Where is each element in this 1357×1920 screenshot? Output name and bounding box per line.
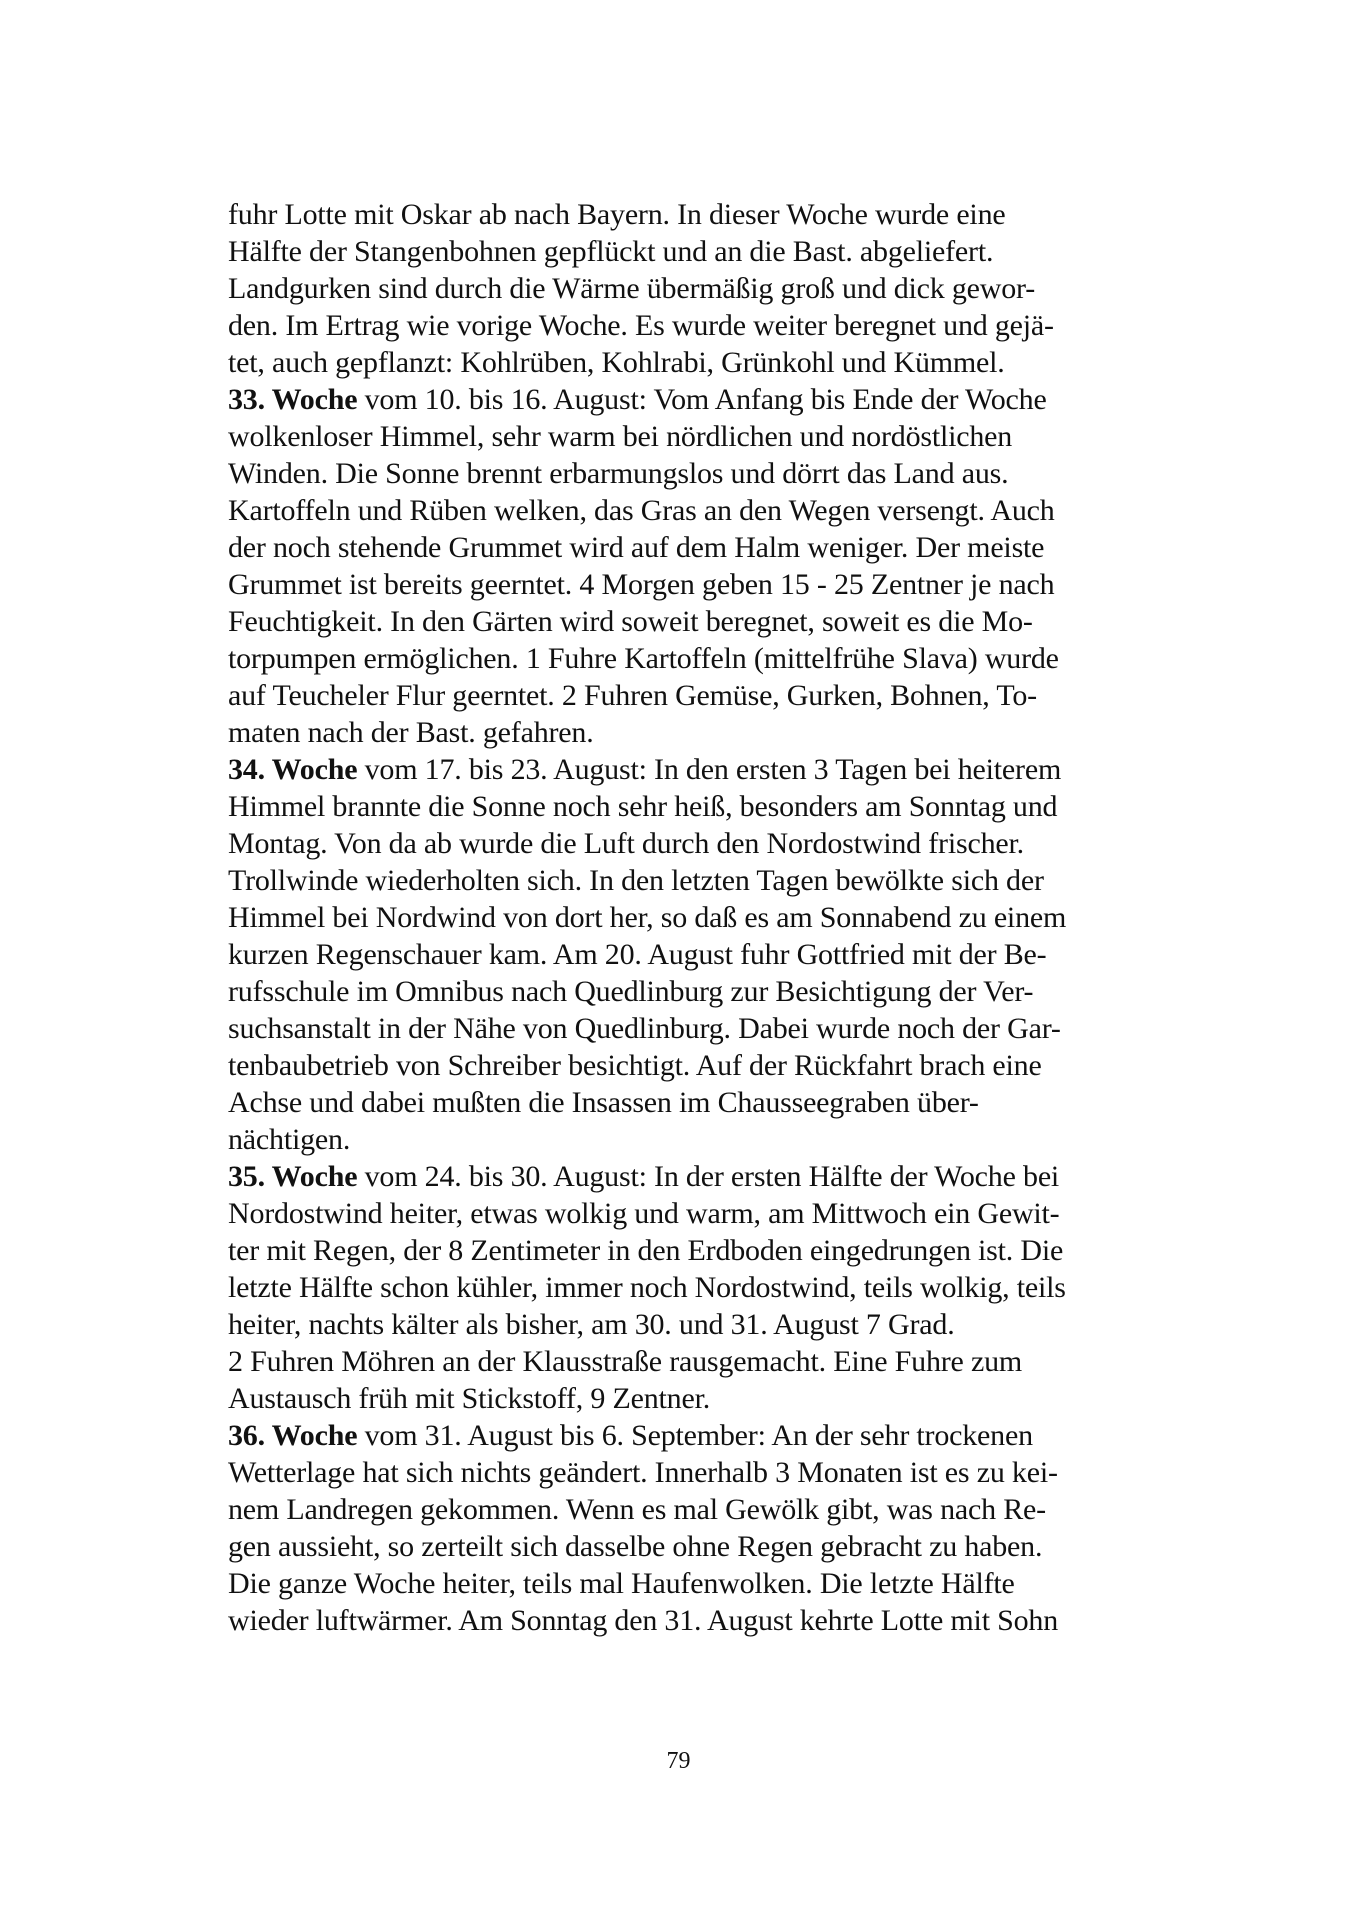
- line-text: Achse und dabei mußten die Insassen im C…: [228, 1086, 979, 1119]
- text-line: der noch stehende Grummet wird auf dem H…: [228, 529, 1136, 566]
- week-label: 36. Woche: [228, 1419, 357, 1452]
- line-text: Kartoffeln und Rüben welken, das Gras an…: [228, 494, 1055, 527]
- text-line: nem Landregen gekommen. Wenn es mal Gewö…: [228, 1491, 1136, 1528]
- line-text: Hälfte der Stangenbohnen gepflückt und a…: [228, 235, 993, 268]
- text-line: Trollwinde wiederholten sich. In den let…: [228, 862, 1136, 899]
- text-line: wieder luftwärmer. Am Sonntag den 31. Au…: [228, 1602, 1136, 1639]
- line-text: 2 Fuhren Möhren an der Klausstraße rausg…: [228, 1345, 1022, 1378]
- text-line: Landgurken sind durch die Wärme übermäßi…: [228, 270, 1136, 307]
- text-line: Montag. Von da ab wurde die Luft durch d…: [228, 825, 1136, 862]
- week-label: 35. Woche: [228, 1160, 357, 1193]
- text-line: Himmel brannte die Sonne noch sehr heiß,…: [228, 788, 1136, 825]
- text-line: Austausch früh mit Stickstoff, 9 Zentner…: [228, 1380, 1136, 1417]
- line-text: Wetterlage hat sich nichts geändert. Inn…: [228, 1456, 1058, 1489]
- text-line: tet, auch gepflanzt: Kohlrüben, Kohlrabi…: [228, 344, 1136, 381]
- week-label: 33. Woche: [228, 383, 357, 416]
- text-line: kurzen Regenschauer kam. Am 20. August f…: [228, 936, 1136, 973]
- line-text: den. Im Ertrag wie vorige Woche. Es wurd…: [228, 309, 1054, 342]
- line-text: nem Landregen gekommen. Wenn es mal Gewö…: [228, 1493, 1046, 1526]
- line-text: tenbaubetrieb von Schreiber besichtigt. …: [228, 1049, 1042, 1082]
- line-text: heiter, nachts kälter als bisher, am 30.…: [228, 1308, 955, 1341]
- text-line: Die ganze Woche heiter, teils mal Haufen…: [228, 1565, 1136, 1602]
- text-line: letzte Hälfte schon kühler, immer noch N…: [228, 1269, 1136, 1306]
- line-text: gen aussieht, so zerteilt sich dasselbe …: [228, 1530, 1042, 1563]
- line-text: vom 17. bis 23. August: In den ersten 3 …: [357, 753, 1061, 786]
- text-line: Himmel bei Nordwind von dort her, so daß…: [228, 899, 1136, 936]
- text-line: den. Im Ertrag wie vorige Woche. Es wurd…: [228, 307, 1136, 344]
- line-text: maten nach der Bast. gefahren.: [228, 716, 594, 749]
- week-heading-line: 33. Woche vom 10. bis 16. August: Vom An…: [228, 381, 1136, 418]
- line-text: vom 31. August bis 6. September: An der …: [357, 1419, 1033, 1452]
- line-text: Trollwinde wiederholten sich. In den let…: [228, 864, 1044, 897]
- line-text: Himmel brannte die Sonne noch sehr heiß,…: [228, 790, 1057, 823]
- line-text: letzte Hälfte schon kühler, immer noch N…: [228, 1271, 1066, 1304]
- week-label: 34. Woche: [228, 753, 357, 786]
- text-line: ter mit Regen, der 8 Zentimeter in den E…: [228, 1232, 1136, 1269]
- line-text: suchsanstalt in der Nähe von Quedlinburg…: [228, 1012, 1061, 1045]
- text-line: wolkenloser Himmel, sehr warm bei nördli…: [228, 418, 1136, 455]
- text-line: Nordostwind heiter, etwas wolkig und war…: [228, 1195, 1136, 1232]
- week-heading-line: 35. Woche vom 24. bis 30. August: In der…: [228, 1158, 1136, 1195]
- text-line: rufsschule im Omnibus nach Quedlinburg z…: [228, 973, 1136, 1010]
- line-text: tet, auch gepflanzt: Kohlrüben, Kohlrabi…: [228, 346, 1005, 379]
- line-text: vom 24. bis 30. August: In der ersten Hä…: [357, 1160, 1059, 1193]
- text-line: Wetterlage hat sich nichts geändert. Inn…: [228, 1454, 1136, 1491]
- body-text: fuhr Lotte mit Oskar ab nach Bayern. In …: [228, 196, 1136, 1639]
- line-text: der noch stehende Grummet wird auf dem H…: [228, 531, 1044, 564]
- line-text: Grummet ist bereits geerntet. 4 Morgen g…: [228, 568, 1054, 601]
- text-line: gen aussieht, so zerteilt sich dasselbe …: [228, 1528, 1136, 1565]
- line-text: kurzen Regenschauer kam. Am 20. August f…: [228, 938, 1046, 971]
- text-line: Grummet ist bereits geerntet. 4 Morgen g…: [228, 566, 1136, 603]
- text-line: Achse und dabei mußten die Insassen im C…: [228, 1084, 1136, 1121]
- line-text: auf Teucheler Flur geerntet. 2 Fuhren Ge…: [228, 679, 1037, 712]
- week-heading-line: 34. Woche vom 17. bis 23. August: In den…: [228, 751, 1136, 788]
- text-line: Winden. Die Sonne brennt erbarmungslos u…: [228, 455, 1136, 492]
- line-text: vom 10. bis 16. August: Vom Anfang bis E…: [357, 383, 1046, 416]
- week-heading-line: 36. Woche vom 31. August bis 6. Septembe…: [228, 1417, 1136, 1454]
- line-text: Landgurken sind durch die Wärme übermäßi…: [228, 272, 1035, 305]
- line-text: nächtigen.: [228, 1123, 350, 1156]
- line-text: Feuchtigkeit. In den Gärten wird soweit …: [228, 605, 1033, 638]
- text-line: Hälfte der Stangenbohnen gepflückt und a…: [228, 233, 1136, 270]
- line-text: Montag. Von da ab wurde die Luft durch d…: [228, 827, 1024, 860]
- line-text: Nordostwind heiter, etwas wolkig und war…: [228, 1197, 1059, 1230]
- line-text: fuhr Lotte mit Oskar ab nach Bayern. In …: [228, 198, 1005, 231]
- line-text: rufsschule im Omnibus nach Quedlinburg z…: [228, 975, 1033, 1008]
- line-text: Austausch früh mit Stickstoff, 9 Zentner…: [228, 1382, 710, 1415]
- text-line: Feuchtigkeit. In den Gärten wird soweit …: [228, 603, 1136, 640]
- text-line: fuhr Lotte mit Oskar ab nach Bayern. In …: [228, 196, 1136, 233]
- line-text: Himmel bei Nordwind von dort her, so daß…: [228, 901, 1066, 934]
- text-line: auf Teucheler Flur geerntet. 2 Fuhren Ge…: [228, 677, 1136, 714]
- text-line: maten nach der Bast. gefahren.: [228, 714, 1136, 751]
- line-text: wolkenloser Himmel, sehr warm bei nördli…: [228, 420, 1012, 453]
- line-text: ter mit Regen, der 8 Zentimeter in den E…: [228, 1234, 1063, 1267]
- text-line: heiter, nachts kälter als bisher, am 30.…: [228, 1306, 1136, 1343]
- text-line: torpumpen ermöglichen. 1 Fuhre Kartoffel…: [228, 640, 1136, 677]
- text-line: nächtigen.: [228, 1121, 1136, 1158]
- text-line: suchsanstalt in der Nähe von Quedlinburg…: [228, 1010, 1136, 1047]
- text-line: tenbaubetrieb von Schreiber besichtigt. …: [228, 1047, 1136, 1084]
- text-line: 2 Fuhren Möhren an der Klausstraße rausg…: [228, 1343, 1136, 1380]
- line-text: Die ganze Woche heiter, teils mal Haufen…: [228, 1567, 1015, 1600]
- line-text: torpumpen ermöglichen. 1 Fuhre Kartoffel…: [228, 642, 1059, 675]
- text-line: Kartoffeln und Rüben welken, das Gras an…: [228, 492, 1136, 529]
- line-text: wieder luftwärmer. Am Sonntag den 31. Au…: [228, 1604, 1058, 1637]
- page-number: 79: [0, 1748, 1357, 1775]
- line-text: Winden. Die Sonne brennt erbarmungslos u…: [228, 457, 1008, 490]
- document-page: fuhr Lotte mit Oskar ab nach Bayern. In …: [0, 0, 1357, 1920]
